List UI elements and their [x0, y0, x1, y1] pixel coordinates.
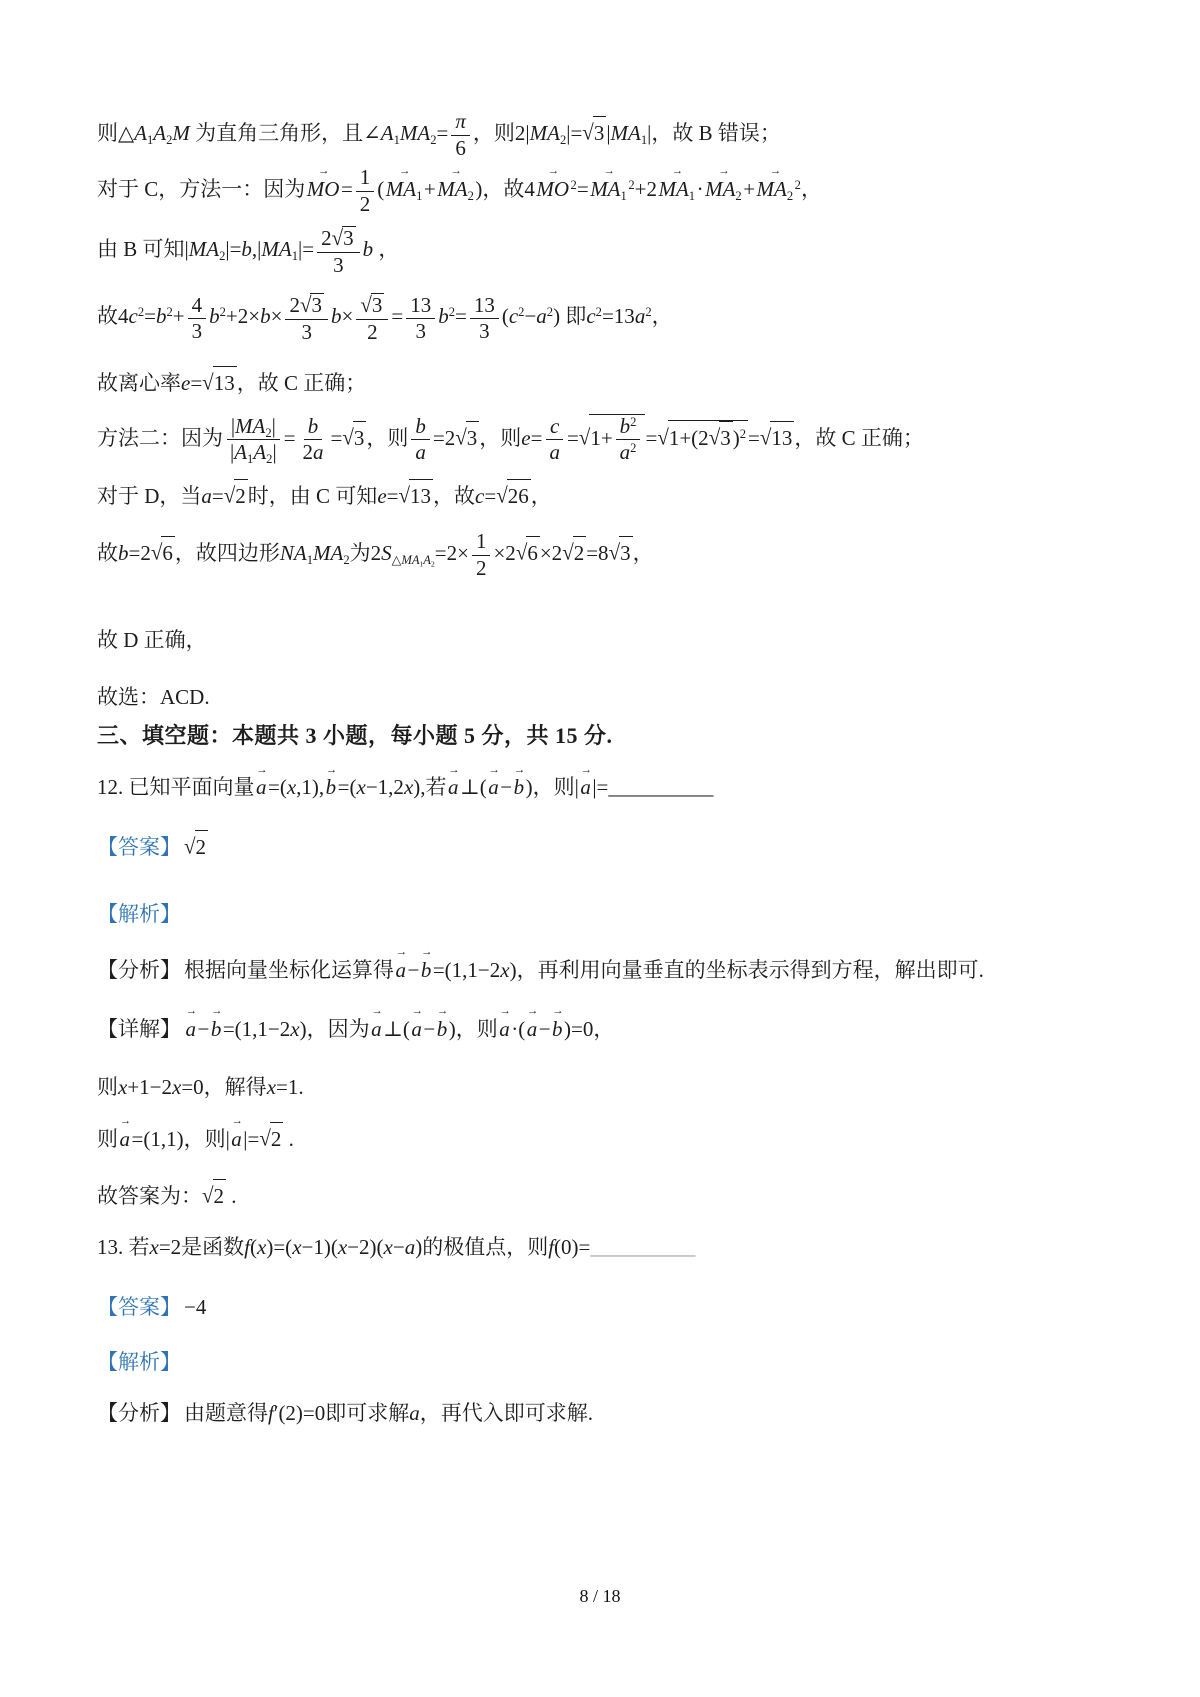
vector-body: MA2 [437, 177, 474, 201]
vector-arrow-icon: → [186, 1006, 197, 1018]
vector-arrow-icon: → [552, 1006, 563, 1018]
fraction-numerator: π [451, 110, 470, 136]
solution-line-answer-acd: 故选：ACD. [97, 681, 1130, 714]
question-13: 13. 若x=2是函数f(x)=(x−1)(x−2)(x−a)的极值点，则f(0… [97, 1231, 1130, 1264]
superscript: 2 [628, 178, 634, 192]
solution-line-b-conclusion: 则△A1A2M 为直角三角形，且∠A1MA2=π6，则2|MA2|=√3|MA1… [97, 110, 1130, 160]
fraction-numerator: c [546, 415, 563, 441]
formula-text: 则△A1A2M 为直角三角形，且∠A1MA2=π6，则2|MA2|=√3|MA1… [97, 121, 781, 145]
radical-icon: √ [398, 478, 410, 512]
fraction: √32 [356, 293, 388, 344]
vector: →MA2 [705, 173, 742, 206]
fraction-denominator: 2 [472, 556, 491, 581]
superscript: 2 [630, 441, 636, 455]
vector-arrow-icon: → [757, 166, 794, 178]
fraction: 2√33 [285, 293, 328, 344]
fraction-denominator: 2 [356, 192, 375, 217]
superscript: 2 [220, 306, 226, 320]
sqrt-radicand: 3 [619, 536, 633, 570]
fraction-numerator: 2√3 [317, 226, 360, 253]
vector: →MO [536, 173, 569, 206]
subscript: 1 [416, 189, 422, 203]
radical-icon: √ [332, 226, 344, 250]
fraction: b2a2 [616, 415, 641, 465]
analysis-label: 【解析】 [97, 902, 181, 926]
solution-line-solve-x: 则x+1−2x=0，解得x=1. [97, 1071, 1130, 1104]
solution-line-d-correct: 故 D 正确， [97, 624, 1130, 657]
fraction-denominator: 2 [363, 320, 382, 345]
vector-arrow-icon: → [411, 1006, 422, 1018]
vector-body: b [437, 1017, 448, 1041]
vector: →a [186, 1013, 197, 1046]
vector: →a [231, 1123, 242, 1156]
sqrt: √3 [455, 426, 479, 450]
vector: →a [396, 954, 407, 987]
fraction: b2a [299, 415, 328, 465]
fraction-numerator: b [411, 415, 430, 441]
analysis-header-q12: 【解析】 [97, 898, 1130, 931]
sqrt: √2 [224, 484, 248, 508]
vector: →a [371, 1013, 382, 1046]
vector: →MA2 [437, 173, 474, 206]
sqrt-radicand: 2 [573, 536, 587, 570]
vector: →a [527, 1013, 538, 1046]
solution-line-from-b: 由 B 可知|MA2|=b,|MA1|=2√33b ， [97, 226, 1130, 277]
vector-arrow-icon: → [421, 947, 432, 959]
radical-icon: √ [579, 420, 591, 454]
answer-line-q12: 【答案】√2 [97, 830, 1130, 864]
radical-icon: √ [202, 1179, 214, 1213]
sqrt: √1+b2a2 [579, 426, 646, 450]
vector: →a [488, 771, 499, 804]
radical-icon: √ [496, 478, 508, 512]
sqrt-radicand: 13 [409, 479, 433, 513]
vector-body: MA2 [757, 177, 794, 201]
vector-arrow-icon: → [527, 1006, 538, 1018]
vector: →b [552, 1013, 563, 1046]
vector: →b [326, 771, 337, 804]
analysis-label: 【分析】 [97, 958, 181, 982]
vector-arrow-icon: → [514, 765, 525, 777]
fraction-numerator: |MA2| [227, 415, 280, 441]
vector-arrow-icon: → [658, 166, 695, 178]
page-number: 8 / 18 [0, 1586, 1200, 1607]
superscript: 2 [740, 427, 746, 441]
fraction: |MA2||A1A2| [226, 415, 281, 465]
question-text: 12. 已知平面向量→a=(x,1),→b=(x−1,2x),若→a⊥(→a−→… [97, 775, 713, 799]
vector-arrow-icon: → [499, 1006, 510, 1018]
superscript: 2 [795, 178, 801, 192]
vector-body: b [421, 958, 432, 982]
fraction-denominator: a [411, 440, 430, 465]
fraction-numerator: 1 [356, 166, 375, 192]
sqrt-radicand: 3 [593, 116, 607, 150]
fraction: 133 [406, 294, 435, 344]
vector: →MA2 [757, 173, 794, 206]
radical-icon: √ [582, 116, 594, 150]
superscript: 2 [547, 306, 553, 320]
sqrt-radicand: 2 [213, 1179, 227, 1213]
vector-body: a [499, 1017, 510, 1041]
vector-arrow-icon: → [120, 1116, 131, 1128]
answer-label: 【答案】 [97, 1295, 181, 1319]
sqrt: √6 [516, 541, 540, 565]
vector-arrow-icon: → [437, 1006, 448, 1018]
detail-label: 【详解】 [97, 1017, 181, 1041]
formula-text: 故4c2=b2+43b2+2×b×2√33b×√32=133b2=133(c2−… [97, 304, 673, 328]
vector-arrow-icon: → [536, 166, 569, 178]
fraction-denominator: 2a [299, 440, 328, 465]
analysis-line-q13: 【分析】由题意得f′(2)=0即可求解a，再代入即可求解. [97, 1397, 1130, 1430]
vector-body: MA1 [590, 177, 627, 201]
sqrt-radicand: 6 [161, 536, 175, 570]
radical-icon: √ [224, 478, 236, 512]
analysis-text: 根据向量坐标化运算得→a−→b=(1,1−2x)，再利用向量垂直的坐标表示得到方… [184, 958, 984, 982]
radical-icon: √ [516, 536, 528, 570]
detail-line-q12: 【详解】→a−→b=(1,1−2x)，因为→a⊥(→a−→b)，则→a·(→a−… [97, 1013, 1130, 1046]
formula-text: 由 B 可知|MA2|=b,|MA1|=2√33b ， [97, 237, 399, 261]
detail-text: →a−→b=(1,1−2x)，因为→a⊥(→a−→b)，则→a·(→a−→b)=… [184, 1017, 614, 1041]
vector-arrow-icon: → [705, 166, 742, 178]
sqrt: √3 [332, 226, 356, 250]
vector: →a [120, 1123, 131, 1156]
fraction: 133 [470, 294, 499, 344]
fraction-denominator: 6 [451, 136, 470, 161]
vector-body: a [448, 775, 459, 799]
analysis-text: 由题意得f′(2)=0即可求解a，再代入即可求解. [184, 1401, 593, 1425]
fraction-numerator: √3 [356, 293, 388, 320]
solution-line-c-method1: 对于 C，方法一：因为→MO=12(→MA1+→MA2)，故4→MO2=→MA1… [97, 166, 1130, 216]
sqrt-radicand: 3 [719, 421, 733, 455]
sqrt: √2 [562, 541, 586, 565]
subscript: 2 [431, 560, 435, 569]
radical-icon: √ [609, 536, 621, 570]
sqrt-radicand: 2 [195, 830, 209, 864]
subscript: △MA1A2 [392, 553, 435, 567]
superscript: 2 [596, 306, 602, 320]
vector: →b [514, 771, 525, 804]
radical-icon: √ [202, 366, 214, 400]
sqrt-radicand: 3 [466, 421, 480, 455]
sqrt-radicand: 26 [507, 479, 531, 513]
radical-icon: √ [360, 293, 372, 317]
question-text: 13. 若x=2是函数f(x)=(x−1)(x−2)(x−a)的极值点，则f(0… [97, 1235, 695, 1259]
vector-body: a [231, 1127, 242, 1151]
subscript: 1 [292, 249, 298, 263]
superscript: 2 [571, 178, 577, 192]
analysis-label: 【解析】 [97, 1350, 181, 1374]
vector-arrow-icon: → [256, 765, 267, 777]
sqrt-radicand: 6 [526, 536, 540, 570]
radical-icon: √ [184, 830, 196, 864]
radical-icon: √ [562, 536, 574, 570]
radical-icon: √ [760, 420, 772, 454]
radical-icon: √ [709, 420, 721, 454]
fraction: ca [545, 415, 564, 465]
vector-body: a [527, 1017, 538, 1041]
vector: →MO [307, 173, 340, 206]
vector-arrow-icon: → [386, 166, 423, 178]
sqrt: √2 [259, 1127, 283, 1151]
subscript: 2 [787, 189, 793, 203]
sqrt: √3 [609, 541, 633, 565]
vector-body: a [371, 1017, 382, 1041]
solution-line-area: 故b=2√6，故四边形NA1MA2为2S△MA1A2=2×12×2√6×2√2=… [97, 530, 1130, 580]
vector-body: a [580, 775, 591, 799]
vector-arrow-icon: → [307, 166, 340, 178]
sqrt-radicand: 2 [234, 479, 248, 513]
heading-text: 三、填空题：本题共 3 小题，每小题 5 分，共 15 分. [97, 723, 613, 748]
sqrt: √6 [151, 541, 175, 565]
vector: →MA1 [590, 173, 627, 206]
vector: →a [411, 1013, 422, 1046]
vector-arrow-icon: → [231, 1116, 242, 1128]
sqrt-radicand: 13 [770, 421, 794, 455]
solution-line-final-answer-q12: 故答案为：√2 . [97, 1179, 1130, 1213]
solution-line-4c2: 故4c2=b2+43b2+2×b×2√33b×√32=133b2=133(c2−… [97, 293, 1130, 344]
subscript: 2 [343, 553, 349, 567]
answer-label: 【答案】 [97, 835, 181, 859]
radical-icon: √ [657, 420, 669, 454]
vector-body: MA1 [658, 177, 695, 201]
vector-arrow-icon: → [580, 765, 591, 777]
subscript: 2 [560, 133, 566, 147]
vector: →b [421, 954, 432, 987]
fraction: 2√33 [317, 226, 360, 277]
fraction-numerator: 4 [188, 294, 207, 320]
fraction-denominator: 3 [329, 253, 348, 278]
sqrt: √3 [300, 293, 324, 317]
subscript: 1 [689, 189, 695, 203]
sqrt-radicand: 3 [310, 293, 324, 318]
sqrt-radicand: 3 [342, 226, 356, 251]
sqrt-radicand: 2 [270, 1122, 284, 1156]
sqrt: √3 [582, 121, 606, 145]
vector-body: a [396, 958, 407, 982]
subscript: 2 [266, 452, 272, 466]
analysis-header-q13: 【解析】 [97, 1346, 1130, 1379]
fraction-denominator: |A1A2| [226, 440, 281, 465]
subscript: 2 [468, 189, 474, 203]
blank-underline: __________ [590, 1235, 695, 1259]
sqrt: √1+(2√3)2 [657, 426, 748, 450]
subscript: 1 [621, 189, 627, 203]
formula-text: 则x+1−2x=0，解得x=1. [97, 1075, 304, 1099]
vector: →b [211, 1013, 222, 1046]
formula-text: 对于 C，方法一：因为→MO=12(→MA1+→MA2)，故4→MO2=→MA1… [97, 177, 822, 201]
fraction-numerator: 13 [470, 294, 499, 320]
answer-line-q13: 【答案】−4 [97, 1291, 1130, 1324]
solution-line-a-11: 则→a=(1,1)，则|→a|=√2 . [97, 1122, 1130, 1156]
formula-text: 对于 D，当a=√2时，由 C 可知e=√13，故c=√26， [97, 484, 552, 508]
vector-arrow-icon: → [437, 166, 474, 178]
subscript: 1 [641, 133, 647, 147]
vector-body: MO [307, 177, 340, 201]
subscript: 2 [735, 189, 741, 203]
vector-body: b [514, 775, 525, 799]
formula-text: 故b=2√6，故四边形NA1MA2为2S△MA1A2=2×12×2√6×2√2=… [97, 541, 654, 565]
vector-body: b [552, 1017, 563, 1041]
sqrt-radicand: 1+b2a2 [589, 414, 645, 465]
vector: →MA1 [658, 173, 695, 206]
radical-icon: √ [259, 1121, 271, 1155]
formula-text: 故离心率e=√13，故 C 正确； [97, 371, 366, 395]
sqrt: √13 [398, 484, 433, 508]
sqrt: √2 [184, 835, 208, 859]
fraction: 43 [188, 294, 207, 344]
fraction-numerator: 13 [406, 294, 435, 320]
fraction: π6 [451, 110, 470, 160]
sqrt: √26 [496, 484, 531, 508]
vector: →a [256, 771, 267, 804]
section-heading-fill-in: 三、填空题：本题共 3 小题，每小题 5 分，共 15 分. [97, 719, 1130, 753]
answer-value: √2 [184, 835, 208, 859]
fraction-numerator: 2√3 [285, 293, 328, 320]
superscript: 2 [630, 415, 636, 429]
vector-arrow-icon: → [590, 166, 627, 178]
subscript: 2 [265, 426, 271, 440]
analysis-line-q12: 【分析】根据向量坐标化运算得→a−→b=(1,1−2x)，再利用向量垂直的坐标表… [97, 954, 1130, 987]
fraction-numerator: b2 [616, 415, 641, 441]
sqrt-radicand: 13 [213, 366, 237, 400]
fraction-denominator: a2 [616, 440, 641, 465]
solution-line-d-case: 对于 D，当a=√2时，由 C 可知e=√13，故c=√26， [97, 479, 1130, 513]
formula-text: 则→a=(1,1)，则|→a|=√2 . [97, 1127, 294, 1151]
subscript: 2 [430, 133, 436, 147]
radical-icon: √ [300, 293, 312, 317]
sqrt: √2 [202, 1184, 226, 1208]
analysis-label: 【分析】 [97, 1401, 181, 1425]
sqrt: √3 [709, 426, 733, 450]
superscript: 2 [645, 306, 651, 320]
formula-text: 方法二：因为|MA2||A1A2|=b2a=√3，则ba=2√3，则e=ca=√… [97, 426, 924, 450]
vector-body: b [326, 775, 337, 799]
fraction: 12 [356, 166, 375, 216]
subscript: 2 [219, 249, 225, 263]
formula-text: 故选：ACD. [97, 685, 210, 709]
vector-arrow-icon: → [211, 1006, 222, 1018]
vector-body: MA2 [705, 177, 742, 201]
fraction-numerator: 1 [472, 530, 491, 556]
fraction-denominator: a [545, 440, 564, 465]
radical-icon: √ [455, 420, 467, 454]
exam-solution-page: { "page": { "background": "#ffffff", "te… [0, 0, 1200, 1697]
solution-line-eccentricity: 故离心率e=√13，故 C 正确； [97, 366, 1130, 400]
vector-body: a [186, 1017, 197, 1041]
sqrt-radicand: 3 [371, 293, 385, 318]
superscript: 2 [138, 306, 144, 320]
sqrt-radicand: 1+(2√3)2 [668, 420, 748, 455]
fraction-denominator: 3 [188, 319, 207, 344]
vector-arrow-icon: → [371, 1006, 382, 1018]
vector-body: MA1 [386, 177, 423, 201]
sqrt: √13 [760, 426, 795, 450]
superscript: 2 [518, 306, 524, 320]
vector-arrow-icon: → [448, 765, 459, 777]
vector-arrow-icon: → [488, 765, 499, 777]
answer-value: −4 [184, 1295, 206, 1319]
vector-body: a [488, 775, 499, 799]
vector: →a [499, 1013, 510, 1046]
vector: →MA1 [386, 173, 423, 206]
vector-body: a [411, 1017, 422, 1041]
vector: →b [437, 1013, 448, 1046]
radical-icon: √ [151, 536, 163, 570]
question-12: 12. 已知平面向量→a=(x,1),→b=(x−1,2x),若→a⊥(→a−→… [97, 771, 1130, 804]
vector-arrow-icon: → [396, 947, 407, 959]
fraction-denominator: 3 [411, 319, 430, 344]
fraction-numerator: b [304, 415, 323, 441]
fraction: ba [411, 415, 430, 465]
fraction-denominator: 3 [475, 319, 494, 344]
fraction-denominator: 3 [297, 320, 316, 345]
vector-arrow-icon: → [326, 765, 337, 777]
fraction: 12 [472, 530, 491, 580]
superscript: 2 [166, 306, 172, 320]
radical-icon: √ [342, 420, 354, 454]
formula-text: 故 D 正确， [97, 628, 207, 652]
sqrt: √3 [342, 426, 366, 450]
solution-line-c-method2: 方法二：因为|MA2||A1A2|=b2a=√3，则ba=2√3，则e=ca=√… [97, 414, 1130, 465]
vector-body: MO [536, 177, 569, 201]
sqrt-radicand: 3 [353, 421, 367, 455]
formula-text: 故答案为：√2 . [97, 1184, 237, 1208]
vector-body: a [120, 1127, 131, 1151]
vector: →a [448, 771, 459, 804]
document-body: 则△A1A2M 为直角三角形，且∠A1MA2=π6，则2|MA2|=√3|MA1… [0, 0, 1200, 1430]
superscript: 2 [449, 306, 455, 320]
vector-body: a [256, 775, 267, 799]
vector: →a [580, 771, 591, 804]
vector-body: b [211, 1017, 222, 1041]
sqrt: √3 [360, 293, 384, 317]
sqrt: √13 [202, 371, 237, 395]
